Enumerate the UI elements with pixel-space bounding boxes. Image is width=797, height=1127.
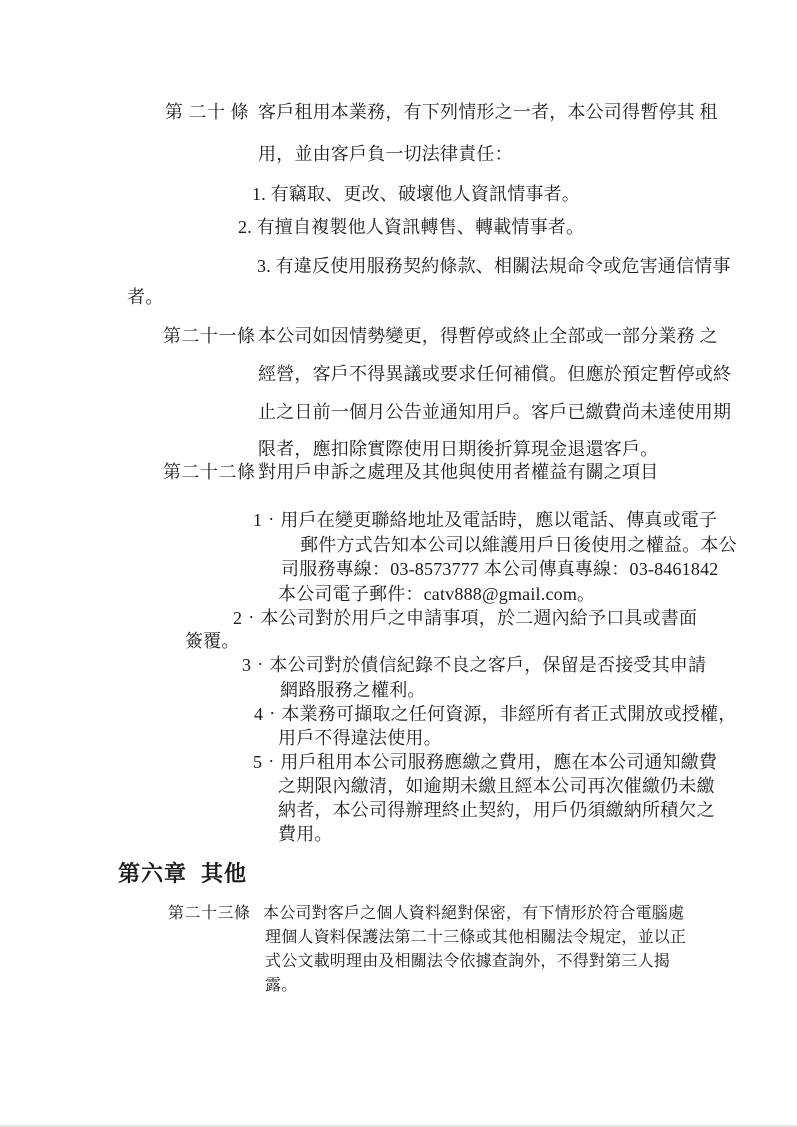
article-21-body-line-3: 止之日前一個月公告並通知用戶。客戶已繳費尚未達使用期 [258,403,731,423]
article-22-item-5-line-3: 納者，本公司得辦理終止契約，用戶仍須繳納所積欠之 [278,801,715,821]
chapter-6-number: 第六章 [118,861,187,886]
article-22-item-2-line-2: 簽覆。 [185,632,240,652]
article-22-item-2-line-1: 2‧本公司對於用戶之申請事項，於二週內給予口具或書面 [233,609,697,629]
article-22-label: 第二十二條 [163,463,256,483]
article-20-body-line-1: 客戶租用本業務，有下列情形之一者，本公司得暫停其 租 [258,103,718,123]
article-22-intro: 對用戶申訴之處理及其他與使用者權益有關之項目 [258,463,658,483]
article-21-label: 第二十一條 [163,327,256,347]
chapter-6-title: 其他 [201,861,247,886]
article-22-item-1-line-2: 郵件方式告知本公司以維護用戶日後使用之權益。本公 [300,536,737,556]
article-22-item-1-line-3: 司服務專線：03-8573777 本公司傳真專線：03-8461842 [281,560,719,580]
article-23-label: 第二十三條 [168,905,251,923]
article-23-body-line-3: 式公文載明理由及相關法令依據查詢外，不得對第三人揭 [265,953,670,971]
article-22-item-1-line-4: 本公司電子郵件：catv888@gmail.com。 [278,585,595,605]
article-23-body-line-4: 露。 [265,977,297,995]
article-23-body-line-2: 理個人資料保護法第二十三條或其他相關法令規定，並以正 [265,929,686,947]
article-22-item-5-line-1: 5‧用戶租用本公司服務應繳之費用，應在本公司通知繳費 [253,753,717,773]
article-22-item-4-line-2: 用戶不得違法使用。 [278,729,442,749]
article-20-item-2: 2. 有擅自複製他人資訊轉售、轉載情事者。 [238,218,584,238]
article-20-label: 第 二十 條 [165,103,249,123]
article-21-body-line-1: 本公司如因情勢變更，得暫停或終止全部或一部分業務 之 [258,327,718,347]
chapter-6-heading: 第六章其他 [118,857,247,888]
article-22-item-1-line-1: 1‧用戶在變更聯絡地址及電話時，應以電話、傳真或電子 [253,511,717,531]
article-20-item-3-continuation: 者。 [127,288,163,308]
article-20-body-line-2: 用，並由客戶負一切法律責任： [258,145,513,165]
article-21-body-line-2: 經營，客戶不得異議或要求任何補償。但應於預定暫停或終 [258,365,731,385]
article-22-item-3-line-1: 3‧本公司對於債信紀錄不良之客戶，保留是否接受其申請 [242,656,706,676]
contract-page: 第 二十 條 客戶租用本業務，有下列情形之一者，本公司得暫停其 租 用，並由客戶… [0,0,797,1127]
article-23-body-line-1: 本公司對客戶之個人資料絕對保密，有下情形於符合電腦處 [263,905,684,923]
article-20-item-1: 1. 有竊取、更改、破壞他人資訊情事者。 [252,185,580,205]
article-22-item-5-line-4: 費用。 [278,825,333,845]
article-22-item-4-line-1: 4‧本業務可擷取之任何資源，非經所有者正式開放或授權， [254,705,736,725]
article-22-item-3-line-2: 網路服務之權利。 [280,681,426,701]
article-20-item-3: 3. 有違反使用服務契約條款、相關法規命令或危害通信情事 [257,257,731,277]
article-21-body-line-4: 限者，應扣除實際使用日期後折算現金退還客戶。 [258,440,658,460]
article-22-item-5-line-2: 之期限內繳清，如逾期未繳且經本公司再次催繳仍未繳 [278,777,715,797]
